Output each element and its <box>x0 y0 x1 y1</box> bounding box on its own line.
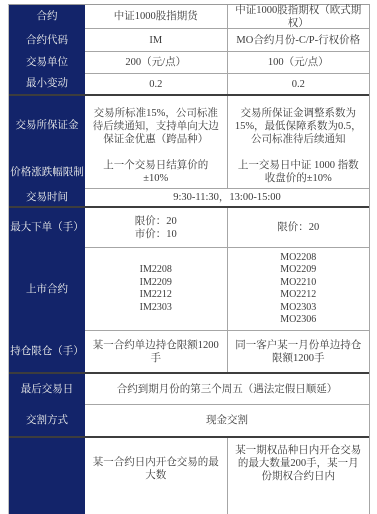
cell-price-limit-options: 上一交易日中证 1000 指数收盘价的±10% <box>227 156 370 188</box>
row-intraday-open-label <box>9 438 85 476</box>
row-position-limit-label: 持仓限仓（手） <box>9 331 85 372</box>
row-listed-contracts-label: 上市合约 <box>9 248 85 331</box>
row-contract-label: 合约 <box>9 5 85 29</box>
row-price-limit-label: 价格涨跌幅限制 <box>9 156 85 189</box>
cell-max-order-futures: 限价：20 市价：10 <box>85 208 227 247</box>
cell-listed-contracts-futures: IM2208 IM2209 IM2212 IM2303 <box>85 248 227 330</box>
cell-intraday-open-futures: 某一合约日内开仓交易的最大数 <box>85 438 227 476</box>
cell-contract-futures: 中证1000股指期货 <box>85 5 227 28</box>
cell-unit-options: 100（元/点） <box>227 52 370 73</box>
cell-trading-hours: 9:30-11:30，13:00-15:00 <box>85 189 369 206</box>
row-max-order-label: 最大下单（手） <box>9 208 85 248</box>
row-last-trading-day: 最后交易日 合约到期月份的第三个周五（遇法定假日顺延） <box>9 374 369 405</box>
row-position-limit: 持仓限仓（手） 某一合约单边持仓限额1200手 同一客户某一月份单边持仓限额12… <box>9 331 369 374</box>
cell-position-limit-options: 同一客户某一月份单边持仓限额1200手 <box>227 331 370 372</box>
cell-listed-contracts-options: MO2208 MO2209 MO2210 MO2212 MO2303 MO230… <box>227 248 370 330</box>
cell-code-options: MO合约月份-C/P-行权价格 <box>227 29 370 51</box>
contract-comparison-table: 合约 中证1000股指期货 中证1000股指期权（欧式期权） 合约代码 IM M… <box>8 4 370 476</box>
cell-contract-options: 中证1000股指期权（欧式期权） <box>227 5 370 28</box>
row-margin-label: 交易所保证金 <box>9 96 85 156</box>
row-code: 合约代码 IM MO合约月份-C/P-行权价格 <box>9 29 369 52</box>
row-trading-hours-label: 交易时间 <box>9 189 85 206</box>
row-margin: 交易所保证金 交易所标准15%，公司标准待后续通知，支持单向大边保证金优惠（跨品… <box>9 96 369 156</box>
row-code-label: 合约代码 <box>9 29 85 52</box>
cell-tick-options: 0.2 <box>227 74 370 94</box>
cell-settlement: 现金交割 <box>85 405 369 436</box>
cell-intraday-open-options: 某一期权品种日内开仓交易的最大数量200手，某一月份期权合约日内 <box>227 438 370 476</box>
cell-margin-futures: 交易所标准15%，公司标准待后续通知，支持单向大边保证金优惠（跨品种） <box>85 96 227 156</box>
cell-last-trading-day: 合约到期月份的第三个周五（遇法定假日顺延） <box>85 374 369 404</box>
cell-code-futures: IM <box>85 29 227 51</box>
cell-tick-futures: 0.2 <box>85 74 227 94</box>
row-tick-label: 最小变动 <box>9 74 85 94</box>
row-settlement-label: 交割方式 <box>9 405 85 436</box>
row-last-trading-day-label: 最后交易日 <box>9 374 85 405</box>
row-max-order: 最大下单（手） 限价：20 市价：10 限价：20 <box>9 208 369 248</box>
cell-unit-futures: 200（元/点） <box>85 52 227 73</box>
row-intraday-open: 某一合约日内开仓交易的最大数 某一期权品种日内开仓交易的最大数量200手，某一月… <box>9 438 369 476</box>
cell-margin-options: 交易所保证金调整系数为15%，最低保障系数为0.5，公司标准待后续通知 <box>227 96 370 156</box>
cell-price-limit-futures: 上一个交易日结算价的±10% <box>85 156 227 188</box>
row-listed-contracts: 上市合约 IM2208 IM2209 IM2212 IM2303 MO2208 … <box>9 248 369 331</box>
cell-position-limit-futures: 某一合约单边持仓限额1200手 <box>85 331 227 372</box>
row-unit-label: 交易单位 <box>9 52 85 74</box>
row-trading-hours: 交易时间 9:30-11:30，13:00-15:00 <box>9 189 369 208</box>
row-settlement: 交割方式 现金交割 <box>9 405 369 438</box>
row-price-limit: 价格涨跌幅限制 上一个交易日结算价的±10% 上一交易日中证 1000 指数收盘… <box>9 156 369 189</box>
cell-max-order-options: 限价：20 <box>227 208 370 247</box>
row-tick: 最小变动 0.2 0.2 <box>9 74 369 96</box>
row-contract: 合约 中证1000股指期货 中证1000股指期权（欧式期权） <box>9 5 369 29</box>
row-unit: 交易单位 200（元/点） 100（元/点） <box>9 52 369 74</box>
